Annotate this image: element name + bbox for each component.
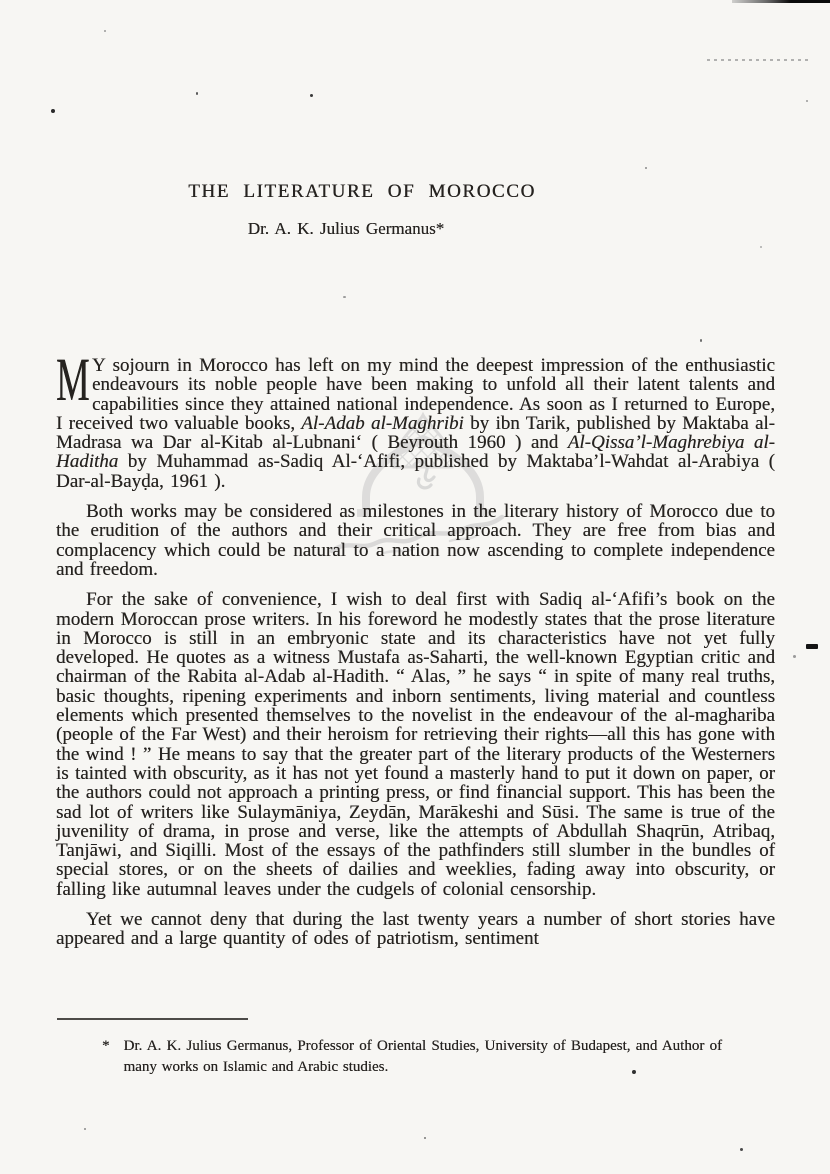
footnote-text: Dr. A. K. Julius Germanus, Professor of …: [124, 1036, 723, 1078]
paragraph-both-works: Both works may be considered as mileston…: [56, 502, 775, 579]
scan-speck: [806, 100, 808, 102]
margin-dash-mark: [806, 644, 818, 649]
drop-cap: M: [56, 356, 78, 413]
scan-speck: [740, 1148, 743, 1151]
scan-speck: [760, 246, 762, 248]
page-title: THE LITERATURE OF MOROCCO: [56, 181, 668, 203]
scan-speck: [343, 296, 346, 298]
footnote-marker: *: [102, 1036, 110, 1078]
scan-speck: [104, 30, 106, 32]
scan-speck: [700, 339, 702, 342]
scan-speck: [310, 94, 313, 97]
footnote-rule: [57, 1018, 248, 1020]
scan-speck: [424, 1137, 426, 1139]
scan-speck: [84, 1128, 86, 1130]
scan-speck: [196, 92, 198, 95]
paragraph-intro-text: Y sojourn in Morocco has left on my mind…: [56, 355, 775, 492]
paragraph-short-stories: Yet we cannot deny that during the last …: [56, 910, 775, 949]
scan-dashed-line: [707, 59, 809, 61]
article-body: MY sojourn in Morocco has left on my min…: [56, 356, 775, 960]
scan-speck: [793, 655, 796, 658]
scan-speck: [51, 109, 55, 113]
scan-speck: [645, 167, 647, 169]
paragraph-afifi-book: For the sake of convenience, I wish to d…: [56, 590, 775, 899]
scan-edge-line: [732, 0, 830, 3]
scanned-page: THE LITERATURE OF MOROCCO Dr. A. K. Juli…: [0, 0, 830, 1174]
author-byline: Dr. A. K. Julius Germanus*: [56, 219, 636, 239]
footnote: * Dr. A. K. Julius Germanus, Professor o…: [102, 1036, 722, 1078]
paragraph-intro: MY sojourn in Morocco has left on my min…: [56, 356, 775, 491]
